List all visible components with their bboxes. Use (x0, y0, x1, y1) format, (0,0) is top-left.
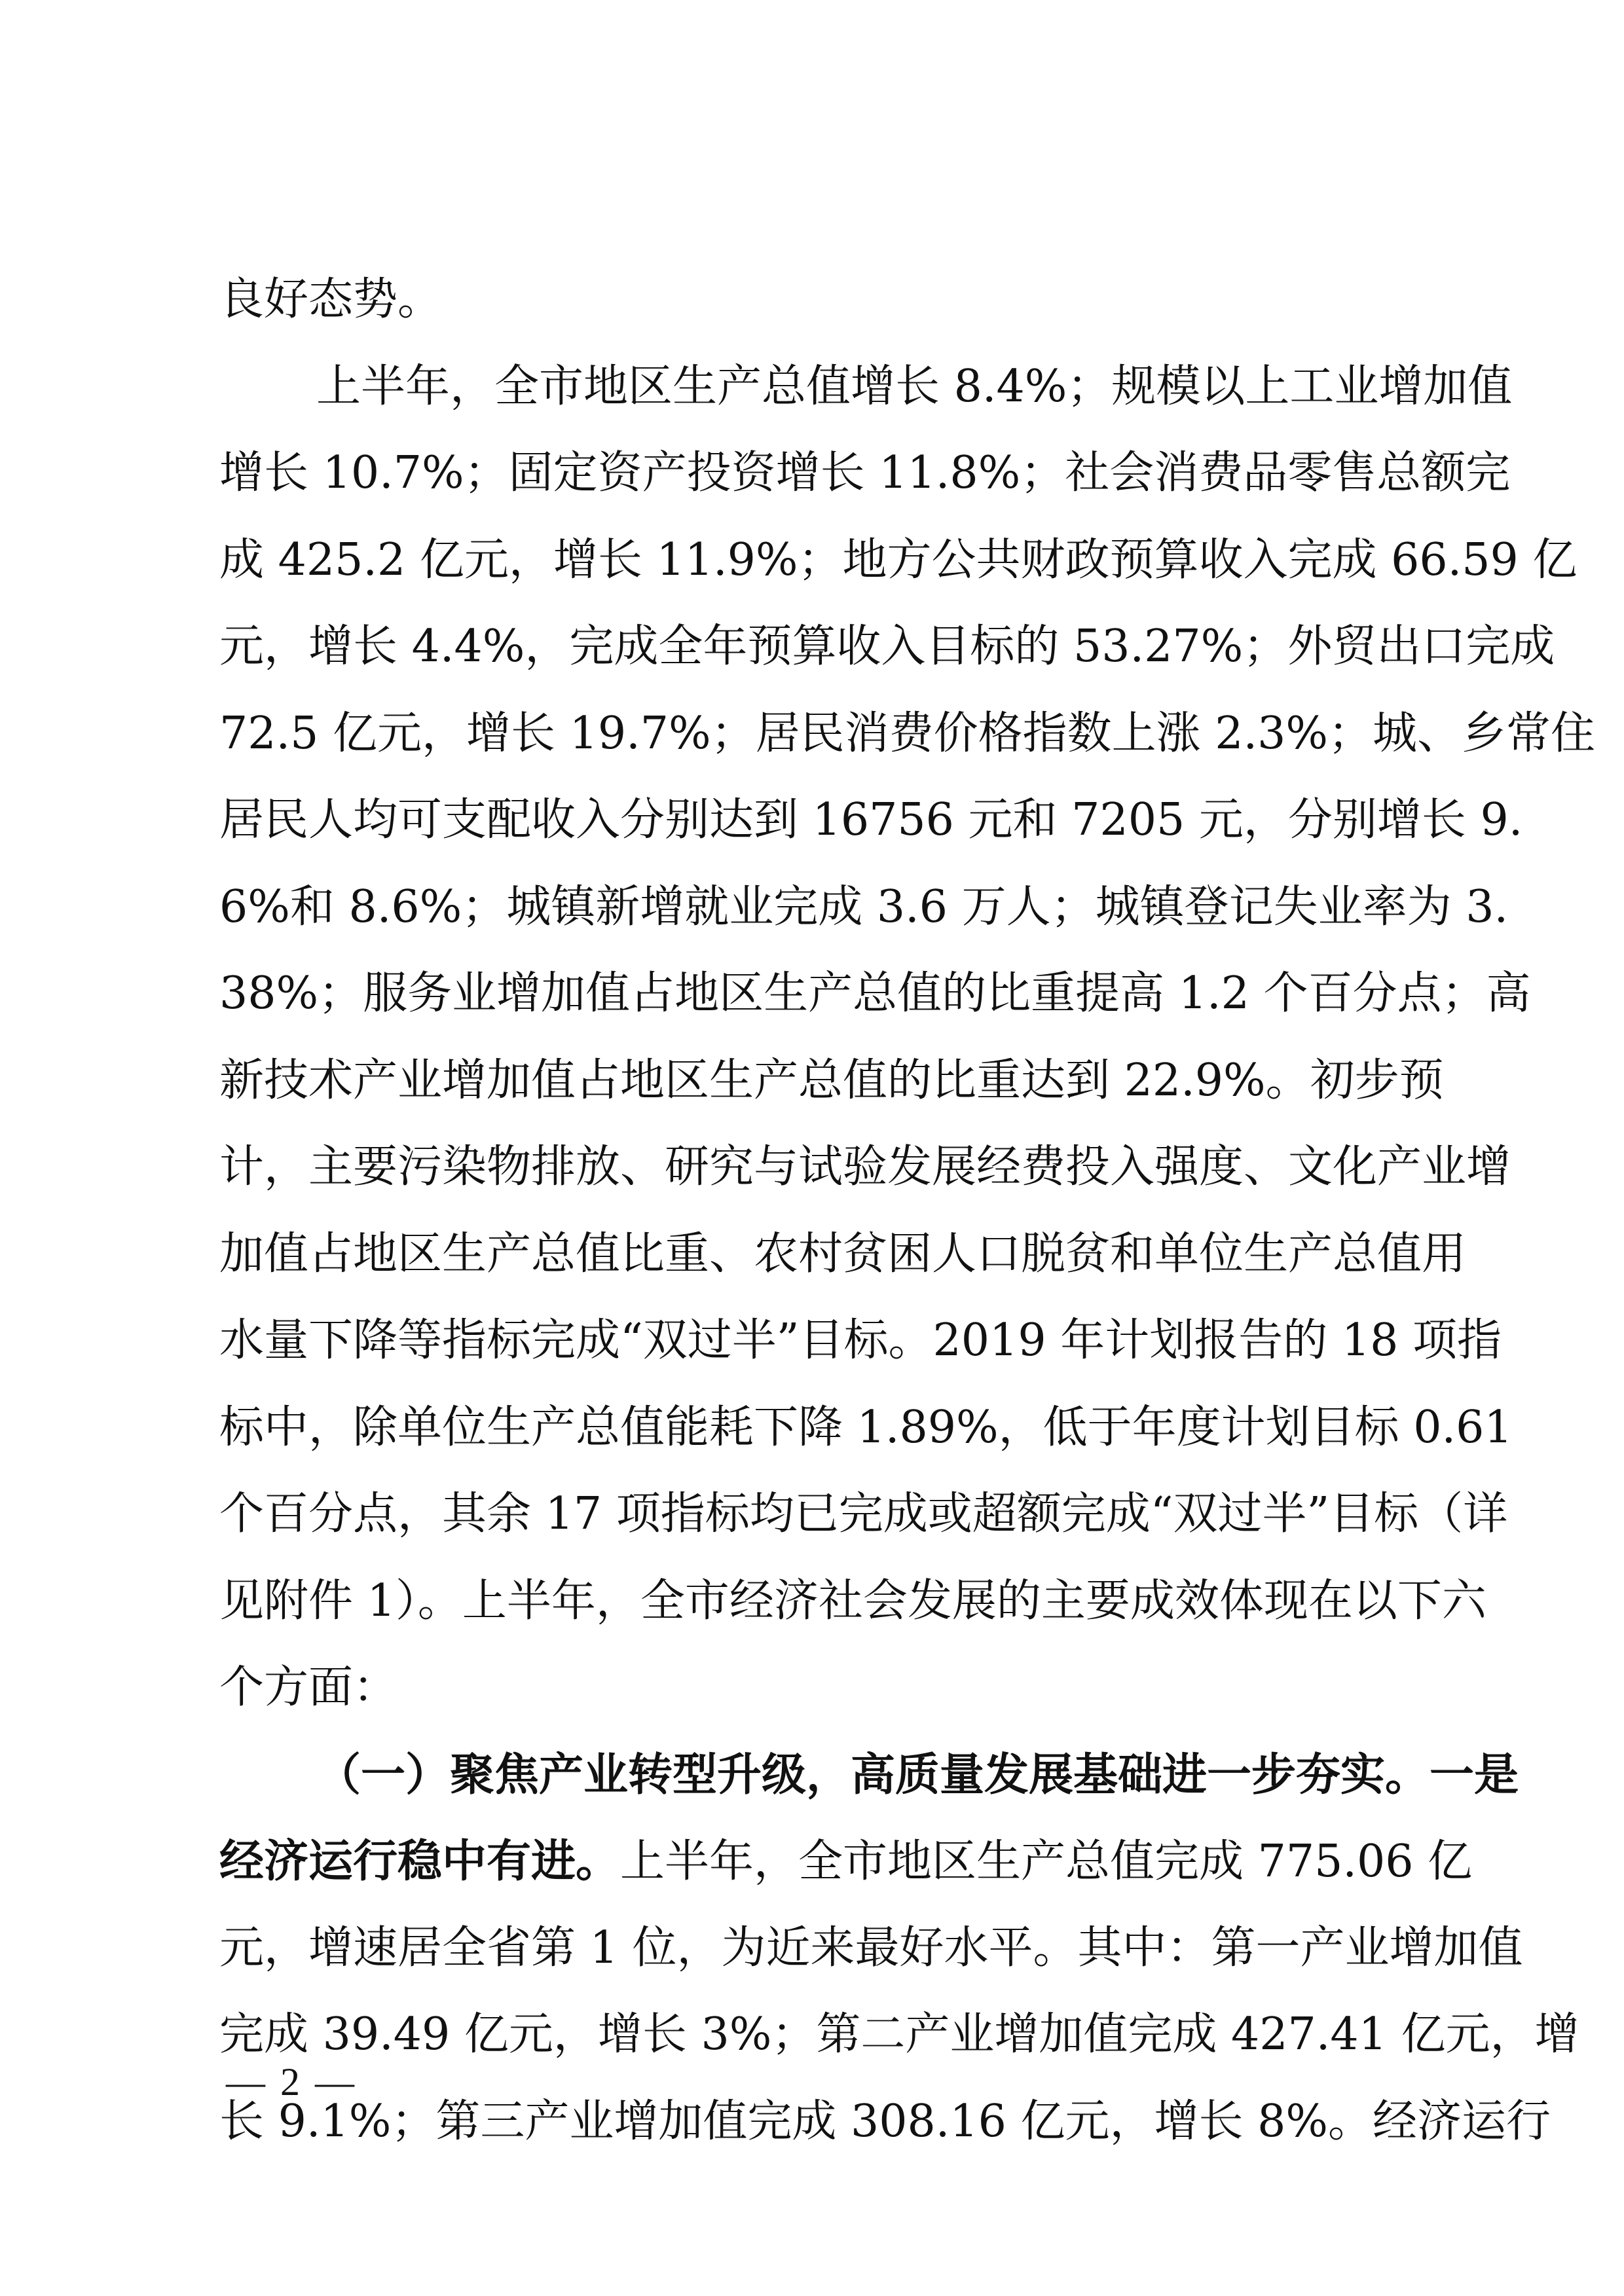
paragraph-line: 个方面： (219, 1645, 1410, 1732)
paragraph-line: 成 425.2 亿元，增长 11.9%；地方公共财政预算收入完成 66.59 亿 (219, 517, 1410, 604)
document-body: 良好态势。 上半年，全市地区生产总值增长 8.4%；规模以上工业增加值 增长 1… (219, 257, 1410, 2165)
section-heading: （一）聚焦产业转型升级，高质量发展基础进一步夯实。一是 (219, 1732, 1410, 1819)
paragraph-line: 加值占地区生产总值比重、农村贫困人口脱贫和单位生产总值用 (219, 1211, 1410, 1298)
paragraph-line: 元，增速居全省第 1 位，为近来最好水平。其中：第一产业增加值 (219, 1905, 1410, 1992)
subheading-bold: 经济运行稳中有进。 (219, 1835, 620, 1887)
paragraph-line: 水量下降等指标完成“双过半”目标。2019 年计划报告的 18 项指 (219, 1298, 1410, 1385)
paragraph-line: 标中，除单位生产总值能耗下降 1.89%，低于年度计划目标 0.61 (219, 1385, 1410, 1472)
page-number: — 2 — (226, 2056, 357, 2108)
paragraph-line: 个百分点，其余 17 项指标均已完成或超额完成“双过半”目标（详 (219, 1471, 1410, 1558)
paragraph-line: 上半年，全市地区生产总值增长 8.4%；规模以上工业增加值 (219, 344, 1410, 431)
paragraph-line: 长 9.1%；第三产业增加值完成 308.16 亿元，增长 8%。经济运行 (219, 2079, 1410, 2166)
paragraph-line: 增长 10.7%；固定资产投资增长 11.8%；社会消费品零售总额完 (219, 430, 1410, 517)
paragraph-line: 居民人均可支配收入分别达到 16756 元和 7205 元，分别增长 9. (219, 777, 1410, 864)
section-heading-continuation: 经济运行稳中有进。上半年，全市地区生产总值完成 775.06 亿 (219, 1818, 1410, 1905)
subheading-rest: 上半年，全市地区生产总值完成 775.06 亿 (620, 1836, 1472, 1887)
paragraph-line: 完成 39.49 亿元，增长 3%；第二产业增加值完成 427.41 亿元，增 (219, 1992, 1410, 2079)
paragraph-line: 6%和 8.6%；城镇新增就业完成 3.6 万人；城镇登记失业率为 3. (219, 864, 1410, 951)
paragraph-line: 元，增长 4.4%，完成全年预算收入目标的 53.27%；外贸出口完成 (219, 604, 1410, 691)
paragraph-line: 72.5 亿元，增长 19.7%；居民消费价格指数上涨 2.3%；城、乡常住 (219, 691, 1410, 778)
paragraph-line: 计，主要污染物排放、研究与试验发展经费投入强度、文化产业增 (219, 1124, 1410, 1211)
paragraph-line: 38%；服务业增加值占地区生产总值的比重提高 1.2 个百分点；高 (219, 951, 1410, 1038)
paragraph-line: 见附件 1）。上半年，全市经济社会发展的主要成效体现在以下六 (219, 1558, 1410, 1645)
paragraph-line: 良好态势。 (219, 257, 1410, 344)
paragraph-line: 新技术产业增加值占地区生产总值的比重达到 22.9%。初步预 (219, 1038, 1410, 1125)
